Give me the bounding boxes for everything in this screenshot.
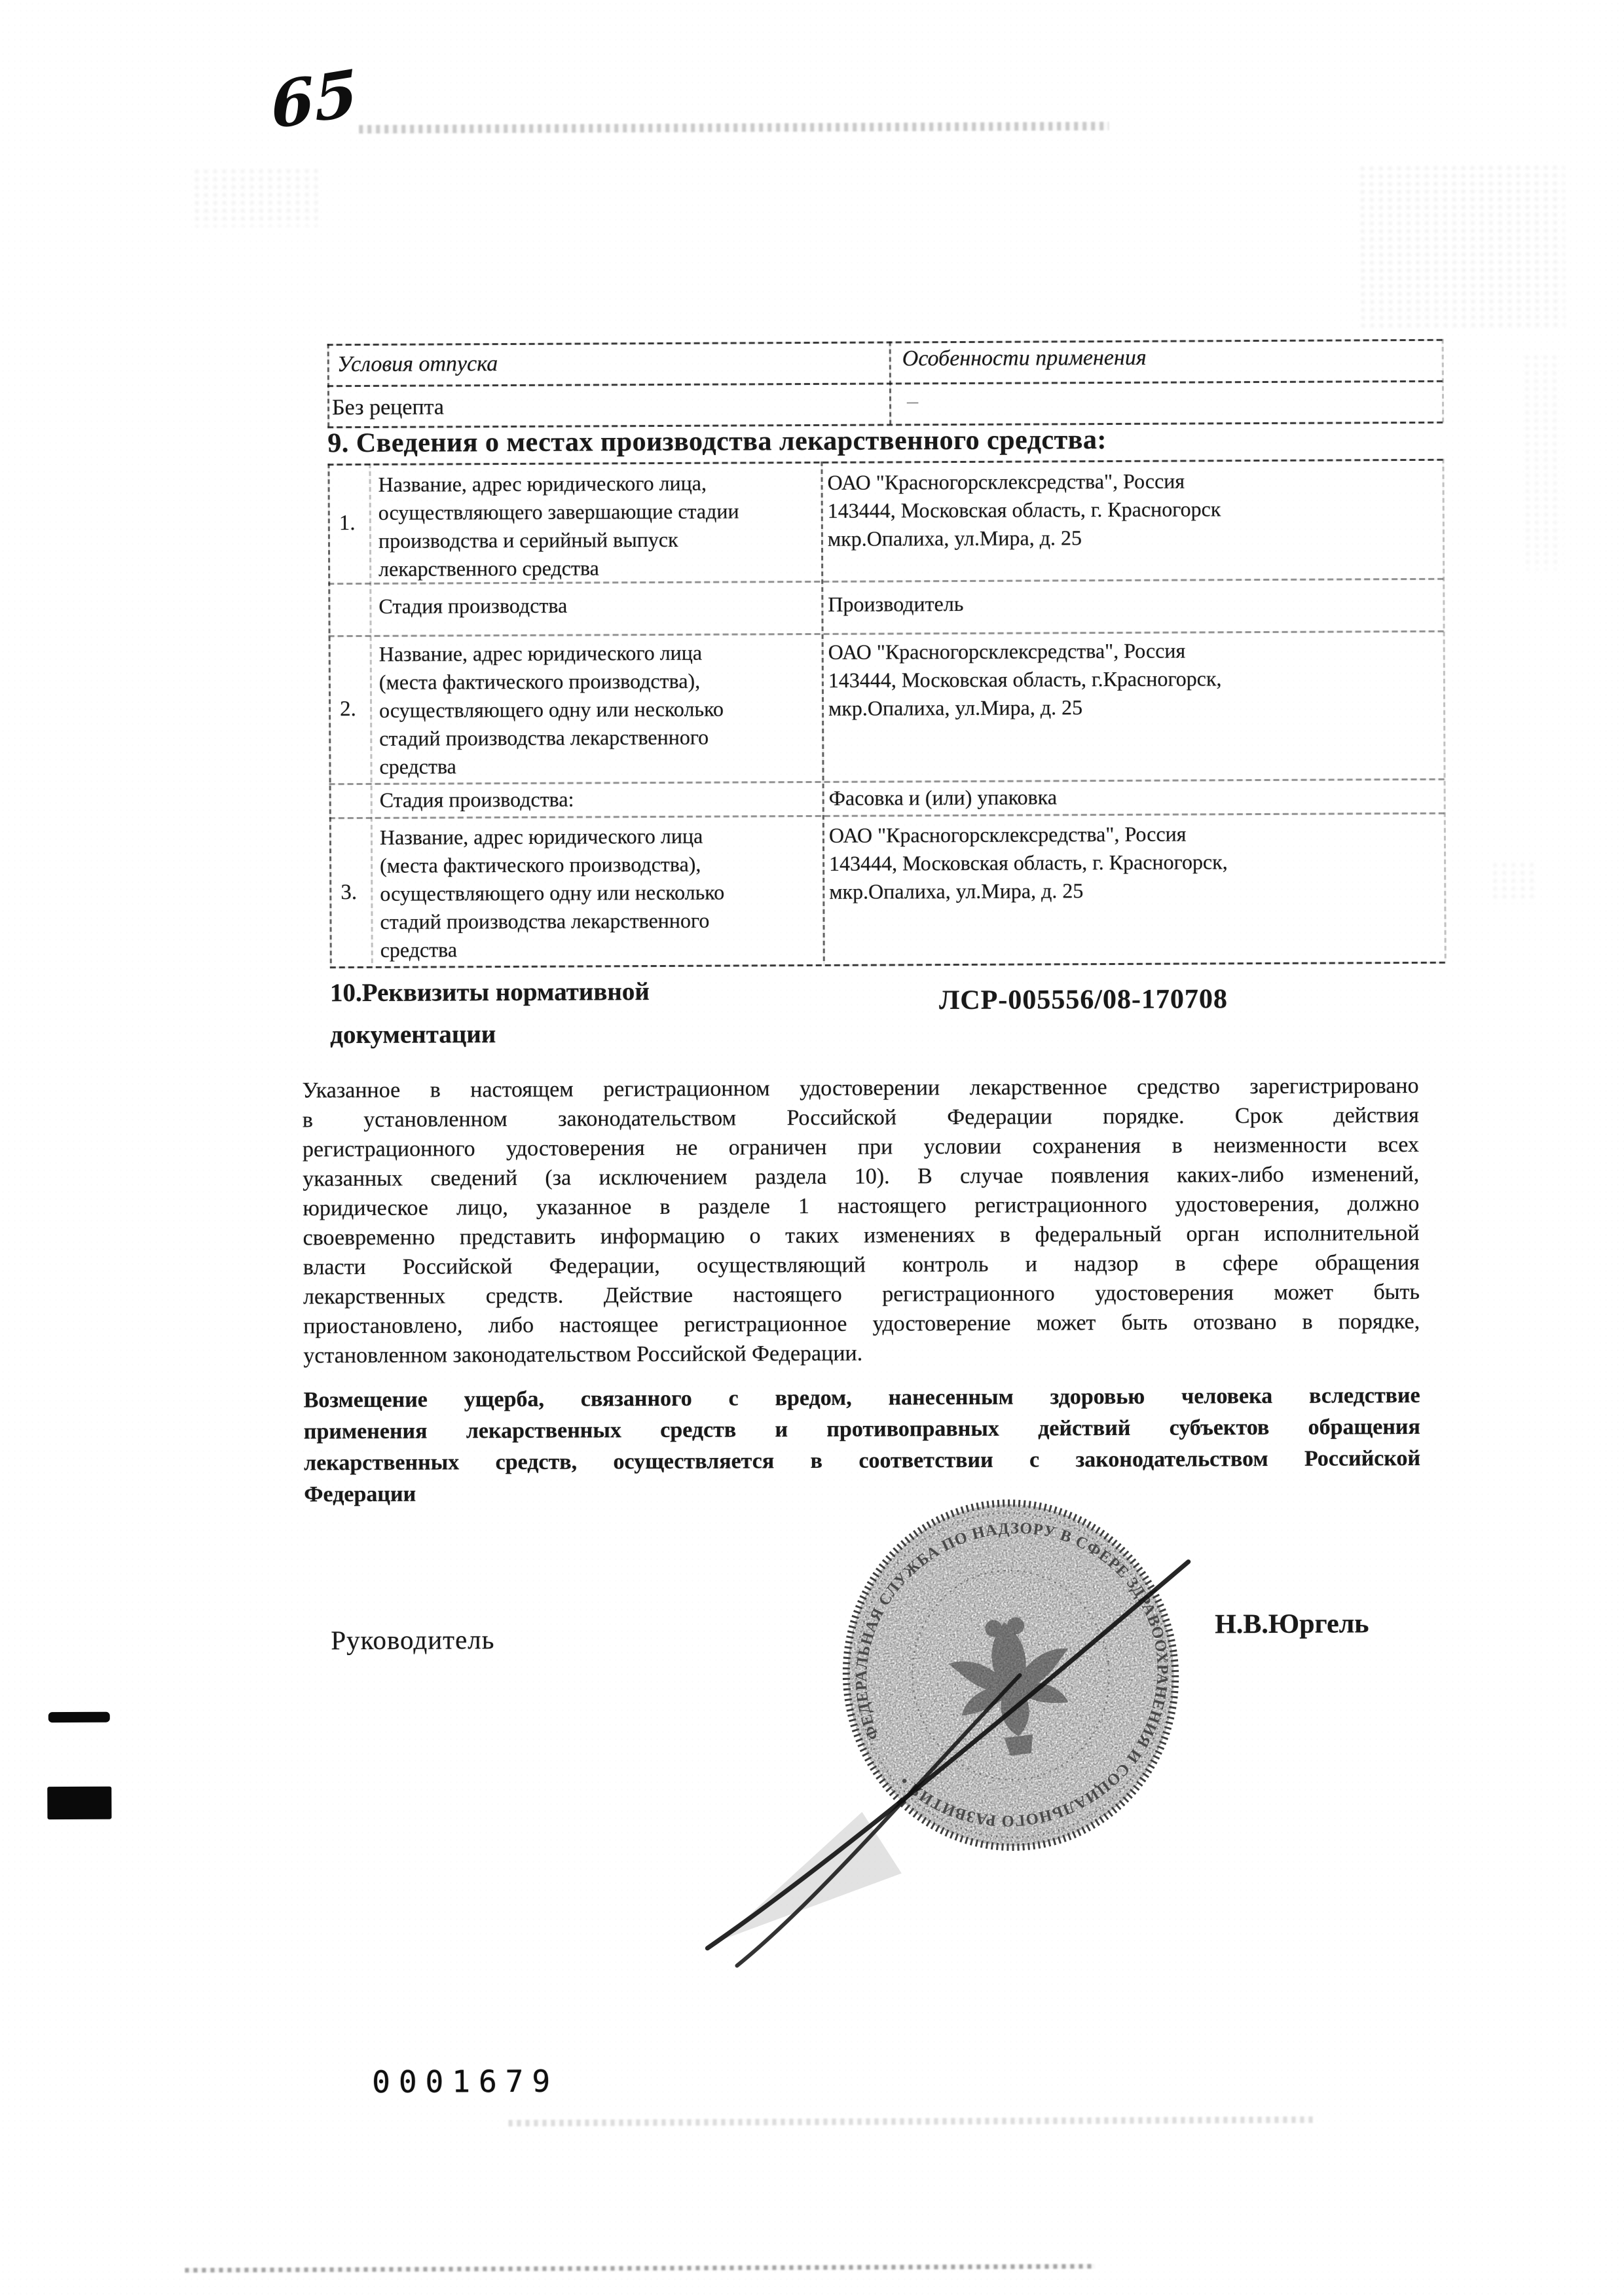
production-sites-table: 1. Название, адрес юридического лица, ос… — [0, 0, 1619, 3]
row2-stage-label: Стадия производства: — [380, 786, 574, 814]
scan-noise-line — [359, 122, 1109, 134]
row3-number: 3. — [341, 881, 357, 905]
row1-number: 1. — [339, 511, 356, 536]
row1-stage-label: Стадия производства — [378, 592, 567, 621]
signatory-role: Руководитель — [331, 1624, 494, 1656]
row3-label: Название, адрес юридического лица (места… — [380, 822, 819, 964]
blank-form-number: 0001679 — [372, 2064, 559, 2100]
application-features-value: – — [907, 387, 918, 415]
handwritten-page-number: 65 — [269, 55, 360, 143]
scanner-mark — [47, 1787, 111, 1819]
row2-value: ОАО "Красногорсклексредства", Россия 143… — [828, 636, 1438, 723]
section10-title: 10.Реквизиты нормативной документации — [330, 970, 789, 1056]
scan-noise-line — [185, 2264, 1095, 2272]
row1-label: Название, адрес юридического лица, осуще… — [378, 469, 817, 583]
row1-stage-value: Производитель — [828, 590, 963, 619]
official-stamp: ФЕДЕРАЛЬНАЯ СЛУЖБА ПО НАДЗОРУ В СФЕРЕ ЗД… — [682, 1471, 1234, 1997]
scan-smudge — [1522, 354, 1564, 570]
section9-title: 9. Сведения о местах производства лекарс… — [327, 423, 1441, 459]
row2-label: Название, адрес юридического лица (места… — [379, 638, 819, 781]
stamp-seal: ФЕДЕРАЛЬНАЯ СЛУЖБА ПО НАДЗОРУ В СФЕРЕ ЗД… — [826, 1484, 1195, 1867]
legal-paragraph-1: Указанное в настоящем регистрационном уд… — [303, 1071, 1420, 1370]
scan-smudge — [192, 167, 320, 227]
scan-noise-line — [508, 2117, 1314, 2126]
row2-stage-value: Фасовка и (или) упаковка — [829, 783, 1058, 812]
dispense-conditions-header: Условия отпуска — [337, 350, 498, 378]
row1-value: ОАО "Красногорсклексредства", Россия 143… — [827, 466, 1437, 553]
scanner-mark — [48, 1712, 110, 1722]
dispense-conditions-value: Без рецепта — [332, 393, 444, 422]
scan-smudge — [1490, 861, 1540, 903]
scanned-registration-certificate-page: 65 Условия отпуска Особенности применени… — [0, 0, 1624, 2296]
application-features-header: Особенности применения — [902, 344, 1147, 373]
dispense-table: Условия отпуска Особенности применения Б… — [0, 0, 1619, 3]
row2-number: 2. — [340, 697, 356, 721]
registration-number: ЛСР-005556/08-170708 — [939, 983, 1228, 1016]
signatory-name: Н.В.Юргель — [1215, 1608, 1369, 1640]
scan-smudge — [1357, 164, 1564, 331]
row3-value: ОАО "Красногорсклексредства", Россия 143… — [829, 819, 1439, 906]
